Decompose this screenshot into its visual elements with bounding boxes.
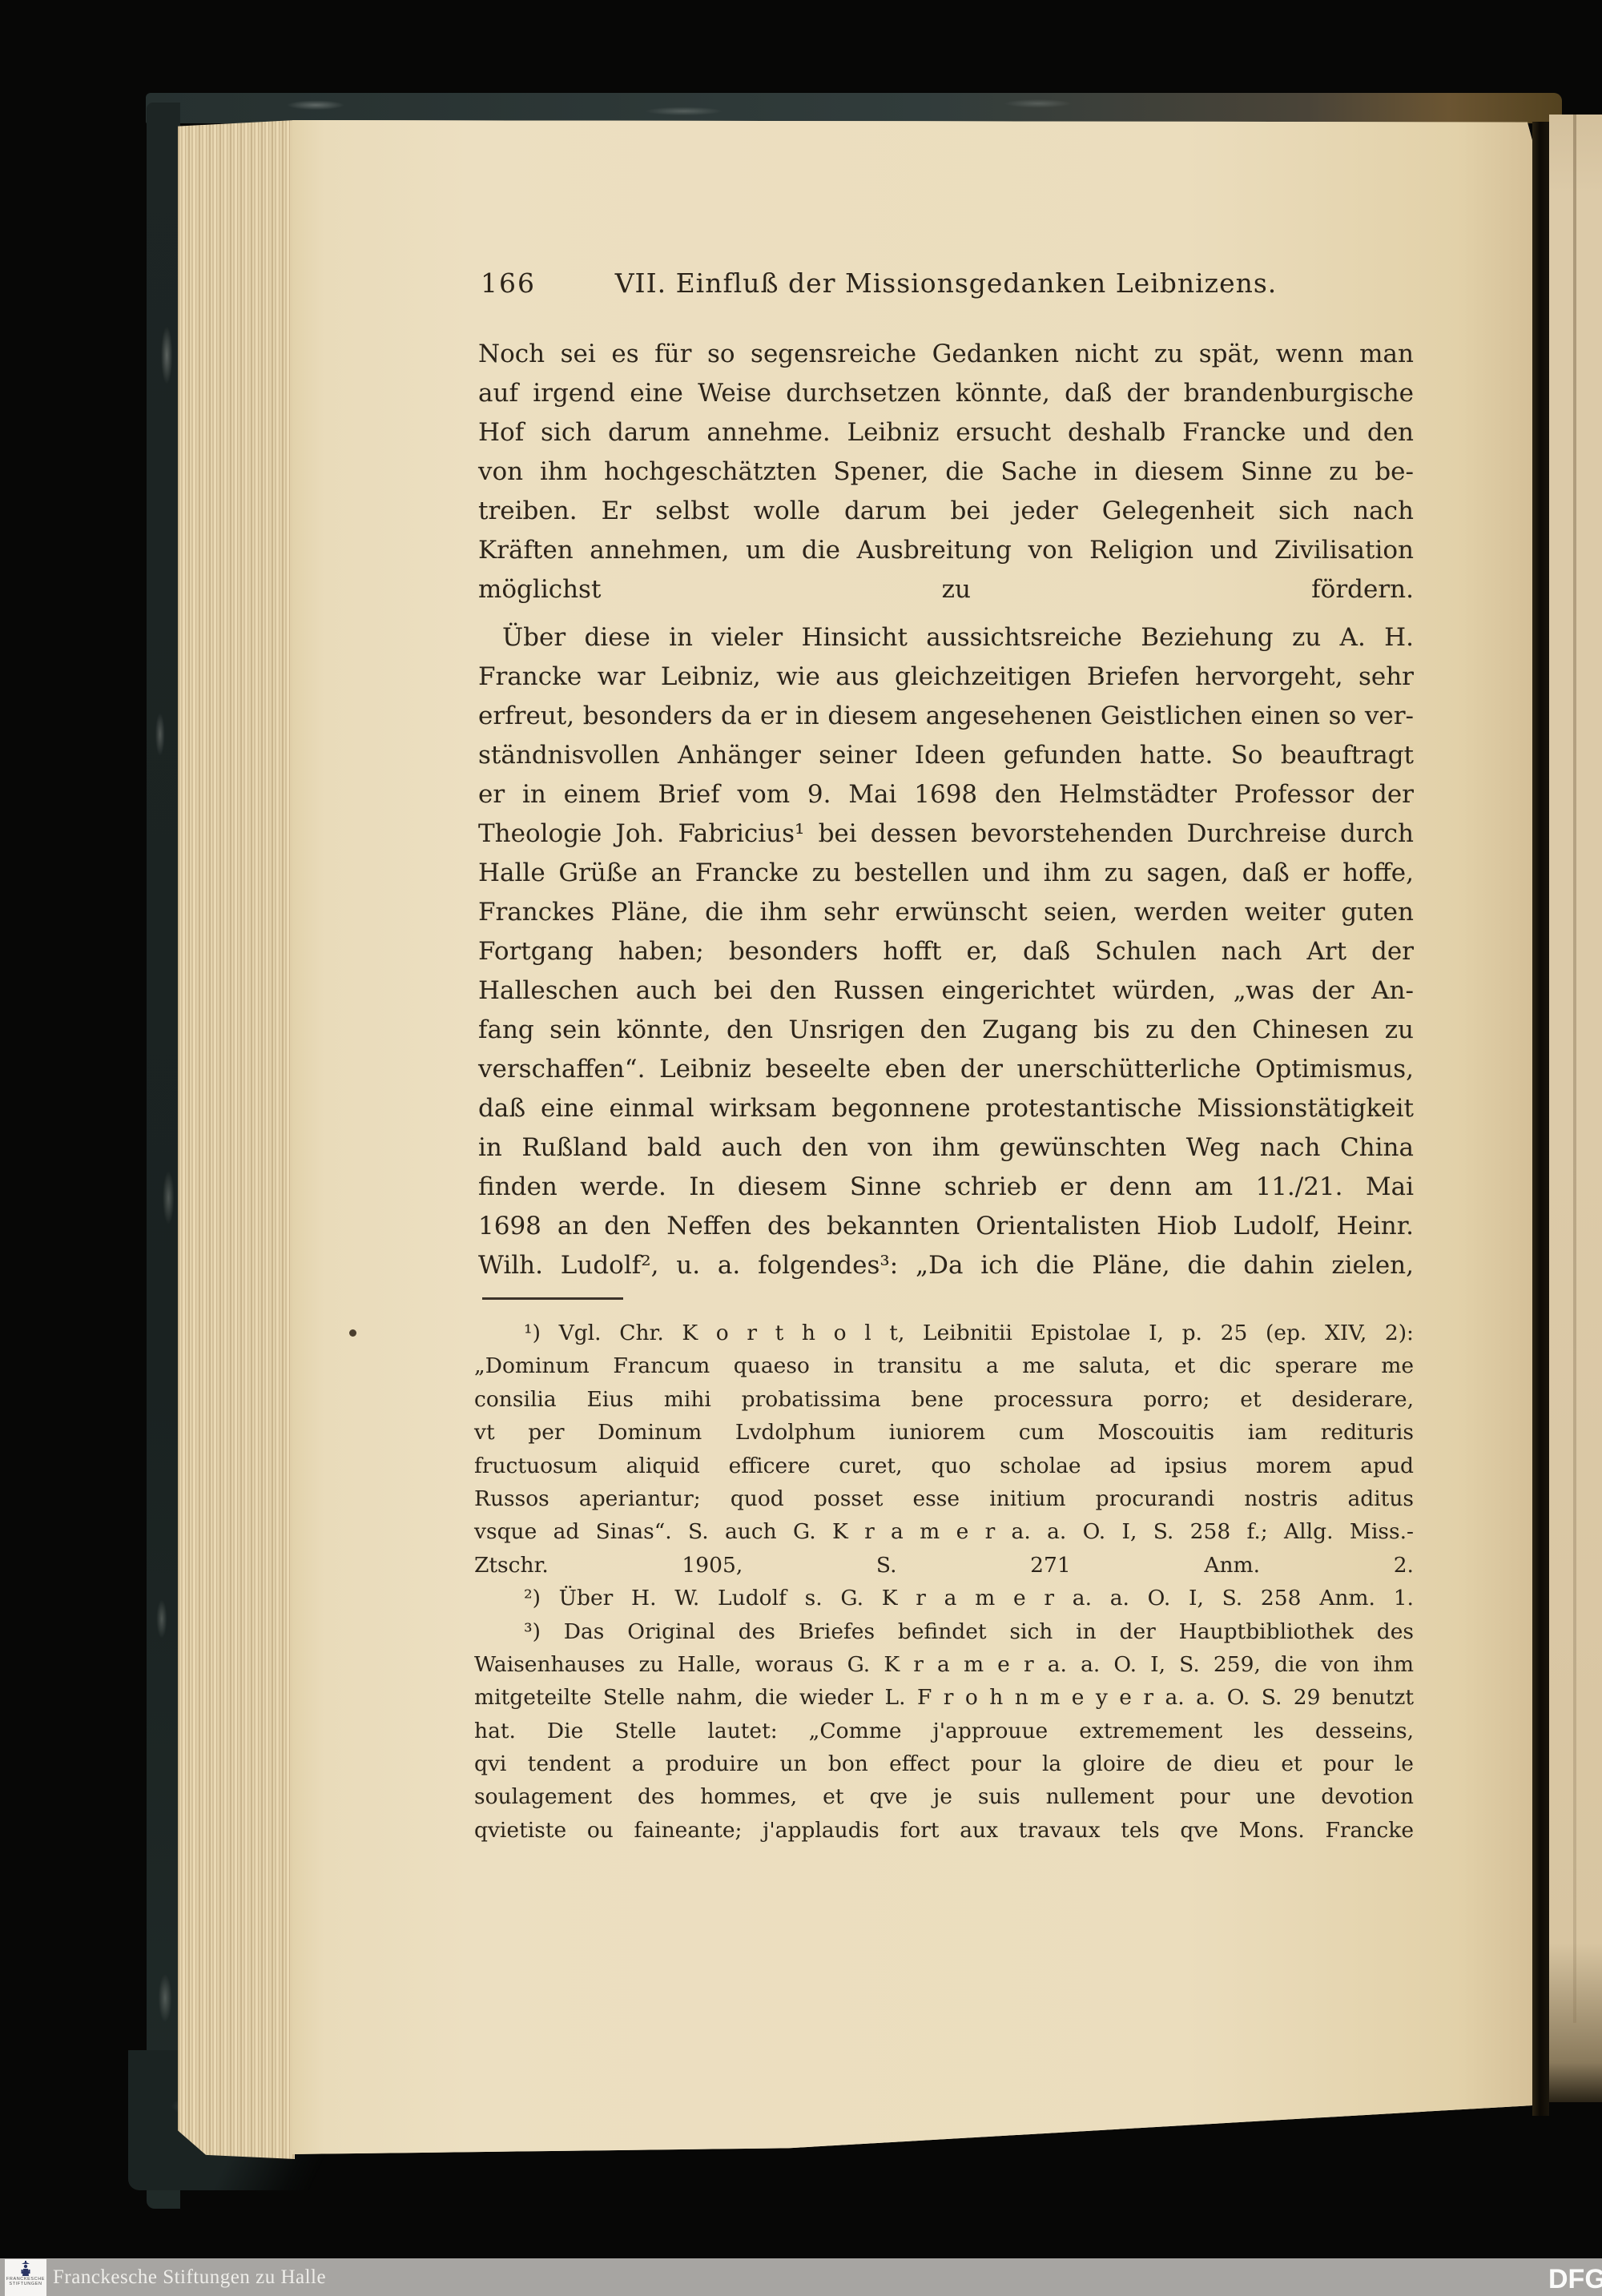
text-line: treiben. Er selbst wolle darum bei jeder… — [478, 492, 1414, 531]
adjacent-page-edge — [1549, 115, 1602, 2102]
text-line: Theologie Joh. Fabricius¹ bei dessen bev… — [478, 814, 1414, 854]
page-content: 166 VII. Einfluß der Missionsgedanken Le… — [292, 120, 1532, 2154]
text-line: Fortgang haben; besonders hofft er, daß … — [478, 932, 1414, 971]
book-cover-left-edge — [147, 103, 180, 2209]
page-gutter-shadow — [1532, 122, 1549, 2116]
text-line: Wilh. Ludolf², u. a. folgendes³: „Da ich… — [478, 1246, 1414, 1285]
paragraph: ³) Das Original des Briefes befindet sic… — [474, 1615, 1414, 1848]
dfg-logo: DFG — [1548, 2264, 1602, 2295]
paragraph: Über diese in vieler Hinsicht aussichtsr… — [478, 618, 1414, 1285]
text-line: vsque ad Sinas“. S. auch G. K r a m e r … — [474, 1515, 1414, 1548]
text-line: mitgeteilte Stelle nahm, die wieder L. F… — [474, 1681, 1414, 1714]
text-line: „Dominum Francum quaeso in transitu a me… — [474, 1349, 1414, 1382]
text-line: ¹) Vgl. Chr. K o r t h o l t, Leibnitii … — [474, 1317, 1414, 1349]
text-line: er in einem Brief vom 9. Mai 1698 den He… — [478, 775, 1414, 814]
footnotes-block: ¹) Vgl. Chr. K o r t h o l t, Leibnitii … — [474, 1317, 1414, 1847]
franckesche-stiftungen-figure-icon — [17, 2261, 34, 2277]
text-line: qvietiste ou faineante; j'applaudis fort… — [474, 1814, 1414, 1847]
text-line: daß eine einmal wirksam begonnene protes… — [478, 1089, 1414, 1128]
page-crease — [1573, 115, 1576, 2023]
text-line: in Rußland bald auch den von ihm gewünsc… — [478, 1128, 1414, 1168]
footnote-separator-rule — [482, 1297, 623, 1300]
paragraph: Noch sei es für so segensreiche Gedanken… — [478, 335, 1414, 609]
institution-name: Franckesche Stiftungen zu Halle — [53, 2258, 326, 2296]
text-line: consilia Eius mihi probatissima bene pro… — [474, 1383, 1414, 1416]
text-line: ²) Über H. W. Ludolf s. G. K r a m e r a… — [474, 1582, 1414, 1614]
text-line: auf irgend eine Weise durchsetzen könnte… — [478, 374, 1414, 413]
logo-text-line2: STIFTUNGEN — [5, 2282, 46, 2286]
text-line: fang sein könnte, den Unsrigen den Zugan… — [478, 1011, 1414, 1050]
text-line: Francke war Leibniz, wie aus gleichzeiti… — [478, 657, 1414, 697]
paragraph: ¹) Vgl. Chr. K o r t h o l t, Leibnitii … — [474, 1317, 1414, 1582]
text-line: vt per Dominum Lvdolphum iuniorem cum Mo… — [474, 1416, 1414, 1449]
chapter-header: VII. Einfluß der Missionsgedanken Leibni… — [478, 267, 1414, 300]
ink-speck — [349, 1329, 356, 1337]
main-text-block: Noch sei es für so segensreiche Gedanken… — [478, 335, 1414, 1285]
text-line: verschaffen“. Leibniz beseelte eben der … — [478, 1050, 1414, 1089]
text-line: von ihm hochgeschätzten Spener, die Sach… — [478, 452, 1414, 492]
scan-background: { "page": { "number": "166", "header": "… — [0, 0, 1602, 2296]
text-line: 1698 an den Neffen des bekannten Orienta… — [478, 1207, 1414, 1246]
digitization-footer-bar: FRANCKESCHE STIFTUNGEN Franckesche Stift… — [0, 2258, 1602, 2296]
text-line: möglichst zu fördern. — [478, 570, 1414, 609]
paragraph: ²) Über H. W. Ludolf s. G. K r a m e r a… — [474, 1582, 1414, 1614]
text-line: fructuosum aliquid efficere curet, quo s… — [474, 1450, 1414, 1482]
text-line: Ztschr. 1905, S. 271 Anm. 2. — [474, 1549, 1414, 1582]
running-header: 166 VII. Einfluß der Missionsgedanken Le… — [478, 267, 1414, 300]
page-edges-stack — [178, 120, 295, 2159]
text-line: ³) Das Original des Briefes befindet sic… — [474, 1615, 1414, 1648]
text-line: Hof sich darum annehme. Leibniz ersucht … — [478, 413, 1414, 452]
text-line: Waisenhauses zu Halle, woraus G. K r a m… — [474, 1648, 1414, 1681]
text-line: soulagement des hommes, et qve je suis n… — [474, 1780, 1414, 1813]
page-number: 166 — [481, 267, 536, 300]
text-line: Noch sei es für so segensreiche Gedanken… — [478, 335, 1414, 374]
text-line: Kräften annehmen, um die Ausbreitung von… — [478, 531, 1414, 570]
text-line: Russos aperiantur; quod posset esse init… — [474, 1482, 1414, 1515]
franckesche-stiftungen-logo: FRANCKESCHE STIFTUNGEN — [5, 2259, 46, 2296]
book-cover-top-edge — [146, 93, 1562, 123]
text-line: erfreut, besonders da er in diesem anges… — [478, 697, 1414, 736]
text-line: Über diese in vieler Hinsicht aussichtsr… — [478, 618, 1414, 657]
text-line: finden werde. In diesem Sinne schrieb er… — [478, 1168, 1414, 1207]
text-line: hat. Die Stelle lautet: „Comme j'approuu… — [474, 1715, 1414, 1747]
text-line: ständnisvollen Anhänger seiner Ideen gef… — [478, 736, 1414, 775]
text-line: Franckes Pläne, die ihm sehr erwünscht s… — [478, 893, 1414, 932]
text-line: Halleschen auch bei den Russen eingerich… — [478, 971, 1414, 1011]
text-line: Halle Grüße an Francke zu bestellen und … — [478, 854, 1414, 893]
text-line: qvi tendent a produire un bon effect pou… — [474, 1747, 1414, 1780]
